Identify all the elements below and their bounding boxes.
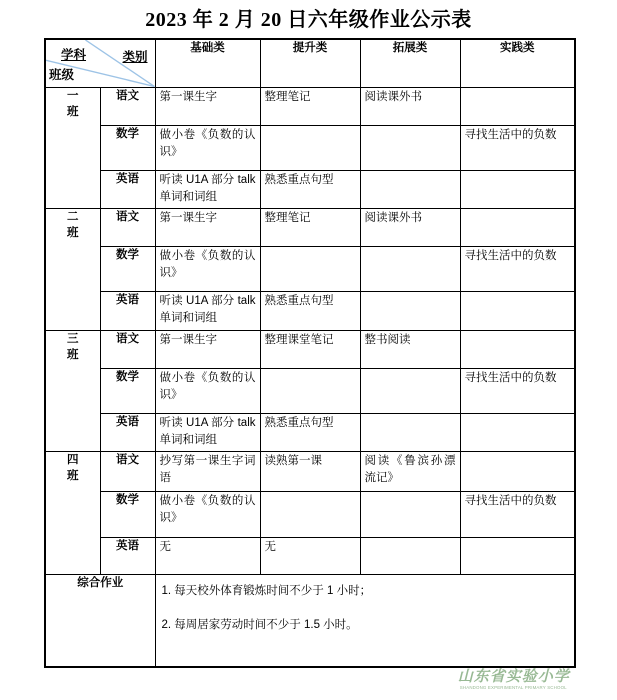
- homework-cell: 无: [260, 538, 360, 575]
- homework-cell: 整理笔记: [260, 87, 360, 125]
- school-name-cn: 山东省实验小学: [416, 665, 611, 686]
- class-label-text: 一班: [66, 88, 79, 120]
- homework-cell: [260, 125, 360, 170]
- homework-cell: 熟悉重点句型: [260, 170, 360, 209]
- homework-cell: [360, 368, 460, 413]
- homework-cell: [360, 492, 460, 538]
- homework-cell: [360, 247, 460, 292]
- homework-cell: 听读 U1A 部分 talk 单词和词组: [155, 292, 260, 331]
- subject-label: 数学: [100, 247, 155, 292]
- table-row: 数学 做小卷《负数的认识》 寻找生活中的负数: [45, 368, 575, 413]
- homework-cell: [460, 170, 575, 209]
- homework-cell: 寻找生活中的负数: [460, 125, 575, 170]
- header-row: 学科 类别 班级 基础类 提升类 拓展类 实践类: [45, 39, 575, 87]
- subject-label: 数学: [100, 492, 155, 538]
- school-watermark: 山东省实验小学 SHANDONG EXPERIMENTAL PRIMARY SC…: [416, 665, 611, 694]
- subject-label: 英语: [100, 538, 155, 575]
- homework-cell: 听读 U1A 部分 talk 单词和词组: [155, 413, 260, 452]
- homework-cell: [360, 125, 460, 170]
- class-label: 四班: [45, 452, 100, 575]
- class-label: 三班: [45, 330, 100, 452]
- homework-cell: [460, 292, 575, 331]
- subject-label: 数学: [100, 125, 155, 170]
- homework-cell: [260, 368, 360, 413]
- summary-row: 综合作业 1. 每天校外体育锻炼时间不少于 1 小时； 2. 每周居家劳动时间不…: [45, 575, 575, 667]
- corner-subject-label: 学科: [61, 46, 86, 65]
- homework-cell: 做小卷《负数的认识》: [155, 368, 260, 413]
- table-row: 数学 做小卷《负数的认识》 寻找生活中的负数: [45, 492, 575, 538]
- subject-label: 语文: [100, 330, 155, 368]
- homework-cell: 整书阅读: [360, 330, 460, 368]
- column-header-improve: 提升类: [260, 39, 360, 87]
- table-row: 二班 语文 第一课生字 整理笔记 阅读课外书: [45, 209, 575, 247]
- summary-label: 综合作业: [45, 575, 155, 667]
- homework-cell: [260, 492, 360, 538]
- homework-cell: 阅读课外书: [360, 87, 460, 125]
- homework-cell: 熟悉重点句型: [260, 292, 360, 331]
- subject-label: 英语: [100, 292, 155, 331]
- corner-cell: 学科 类别 班级: [45, 39, 155, 87]
- document-page: 2023 年 2 月 20 日六年级作业公示表 学科 类别 班级 基础类 提升类…: [0, 0, 617, 700]
- subject-label: 语文: [100, 87, 155, 125]
- class-label: 一班: [45, 87, 100, 209]
- homework-cell: 抄写第一课生字词语: [155, 452, 260, 492]
- summary-content: 1. 每天校外体育锻炼时间不少于 1 小时； 2. 每周居家劳动时间不少于 1.…: [155, 575, 575, 667]
- table-row: 英语 无 无: [45, 538, 575, 575]
- subject-label: 英语: [100, 170, 155, 209]
- homework-cell: 整理课堂笔记: [260, 330, 360, 368]
- table-row: 四班 语文 抄写第一课生字词语 读熟第一课 阅读《鲁滨孙漂流记》: [45, 452, 575, 492]
- subject-label: 语文: [100, 209, 155, 247]
- homework-cell: 第一课生字: [155, 209, 260, 247]
- homework-cell: 寻找生活中的负数: [460, 247, 575, 292]
- homework-cell: 整理笔记: [260, 209, 360, 247]
- subject-label: 语文: [100, 452, 155, 492]
- class-label: 二班: [45, 209, 100, 331]
- table-row: 数学 做小卷《负数的认识》 寻找生活中的负数: [45, 125, 575, 170]
- column-header-practice: 实践类: [460, 39, 575, 87]
- homework-cell: 做小卷《负数的认识》: [155, 125, 260, 170]
- homework-cell: [460, 452, 575, 492]
- table-row: 一班 语文 第一课生字 整理笔记 阅读课外书: [45, 87, 575, 125]
- homework-cell: 做小卷《负数的认识》: [155, 247, 260, 292]
- homework-cell: [460, 538, 575, 575]
- class-label-text: 二班: [66, 209, 79, 241]
- page-title: 2023 年 2 月 20 日六年级作业公示表: [0, 3, 617, 32]
- homework-cell: 第一课生字: [155, 330, 260, 368]
- summary-line-2: 2. 每周居家劳动时间不少于 1.5 小时。: [162, 617, 569, 634]
- subject-label: 数学: [100, 368, 155, 413]
- homework-cell: 做小卷《负数的认识》: [155, 492, 260, 538]
- table-row: 三班 语文 第一课生字 整理课堂笔记 整书阅读: [45, 330, 575, 368]
- homework-cell: [460, 330, 575, 368]
- school-name-en: SHANDONG EXPERIMENTAL PRIMARY SCHOOL: [460, 685, 567, 690]
- homework-cell: [360, 413, 460, 452]
- homework-cell: 寻找生活中的负数: [460, 492, 575, 538]
- homework-cell: [260, 247, 360, 292]
- homework-cell: 熟悉重点句型: [260, 413, 360, 452]
- class-label-text: 三班: [66, 331, 79, 363]
- homework-cell: 读熟第一课: [260, 452, 360, 492]
- homework-cell: 听读 U1A 部分 talk 单词和词组: [155, 170, 260, 209]
- table-row: 英语 听读 U1A 部分 talk 单词和词组 熟悉重点句型: [45, 413, 575, 452]
- class-label-text: 四班: [66, 452, 79, 484]
- homework-cell: [360, 292, 460, 331]
- homework-cell: 阅读课外书: [360, 209, 460, 247]
- homework-cell: [460, 209, 575, 247]
- table-row: 数学 做小卷《负数的认识》 寻找生活中的负数: [45, 247, 575, 292]
- summary-line-1: 1. 每天校外体育锻炼时间不少于 1 小时；: [162, 583, 569, 600]
- homework-cell: [460, 413, 575, 452]
- homework-cell: [460, 87, 575, 125]
- column-header-basic: 基础类: [155, 39, 260, 87]
- homework-cell: 寻找生活中的负数: [460, 368, 575, 413]
- table-row: 英语 听读 U1A 部分 talk 单词和词组 熟悉重点句型: [45, 170, 575, 209]
- subject-label: 英语: [100, 413, 155, 452]
- corner-class-label: 班级: [49, 66, 74, 85]
- homework-cell: 阅读《鲁滨孙漂流记》: [360, 452, 460, 492]
- homework-cell: [360, 170, 460, 209]
- column-header-expand: 拓展类: [360, 39, 460, 87]
- homework-table: 学科 类别 班级 基础类 提升类 拓展类 实践类 一班 语文 第一课生字 整理笔…: [44, 38, 576, 668]
- table-row: 英语 听读 U1A 部分 talk 单词和词组 熟悉重点句型: [45, 292, 575, 331]
- homework-cell: 第一课生字: [155, 87, 260, 125]
- corner-category-label: 类别: [122, 48, 147, 67]
- homework-cell: 无: [155, 538, 260, 575]
- homework-cell: [360, 538, 460, 575]
